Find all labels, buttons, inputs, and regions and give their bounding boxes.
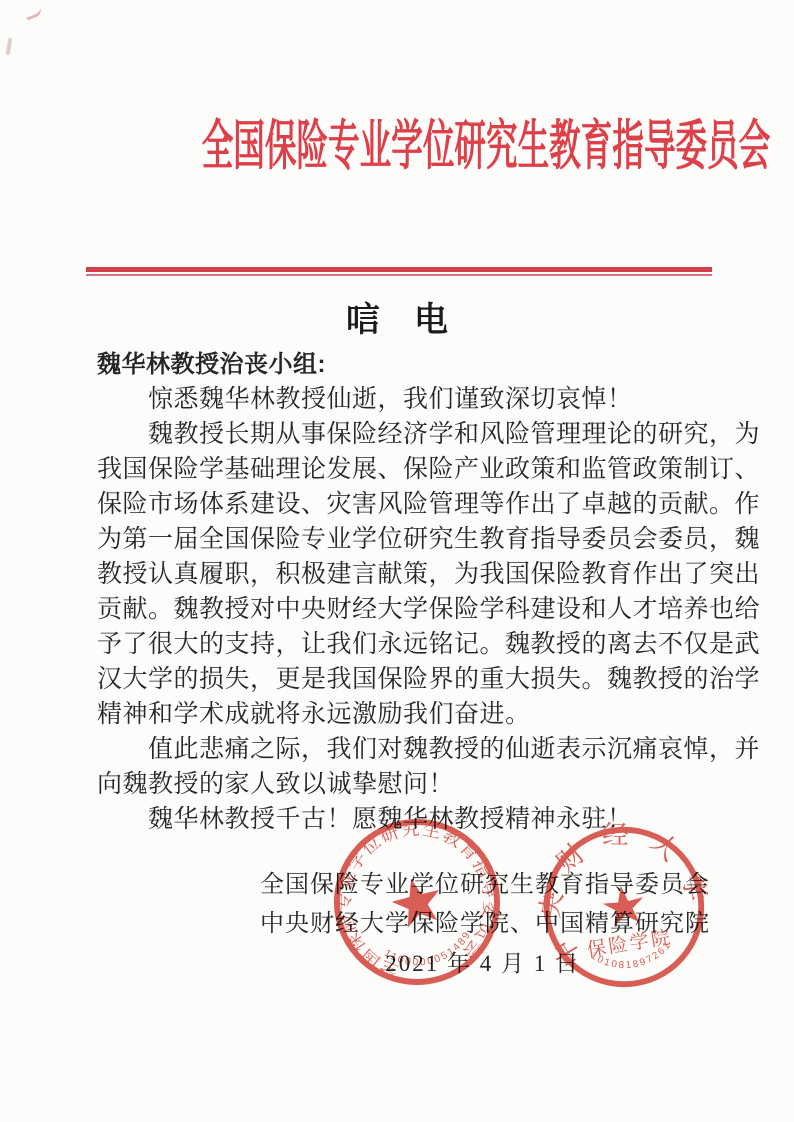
- body-line: 为第一届全国保险专业学位研究生教育指导委员会委员，魏: [97, 522, 715, 557]
- body-line: 魏教授长期从事保险经济学和风险管理理论的研究，为: [97, 417, 715, 452]
- letterhead: 全国保险专业学位研究生教育指导委员会: [0, 103, 794, 180]
- body-line: 予了很大的支持，让我们永远铭记。魏教授的离去不仅是武: [97, 627, 715, 662]
- body-line: 惊悉魏华林教授仙逝，我们谨致深切哀悼！: [97, 382, 715, 417]
- scanned-condolence-letter: 全国保险专业学位研究生教育指导委员会 唁 电 魏华林教授治丧小组: 惊悉魏华林教…: [0, 0, 794, 1122]
- divider-thin-line: [86, 274, 712, 276]
- letter-body: 魏华林教授治丧小组: 惊悉魏华林教授仙逝，我们谨致深切哀悼！ 魏教授长期从事保险…: [97, 347, 715, 837]
- body-line: 我国保险学基础理论发展、保险产业政策和监管政策制订、: [97, 452, 715, 487]
- body-line: 教授认真履职，积极建言献策，为我国保险教育作出了突出: [97, 557, 715, 592]
- official-seal-university: 中央财经大学 保险学院 101081897261: [529, 812, 719, 1002]
- star-icon: [387, 873, 446, 930]
- star-icon: [600, 882, 647, 927]
- heading-char: 电: [414, 292, 448, 341]
- document-heading: 唁 电: [0, 292, 794, 341]
- scan-artifact-mark: [22, 0, 43, 20]
- body-line: 汉大学的损失，更是我国保险界的重大损失。魏教授的治学: [97, 662, 715, 697]
- body-line: 贡献。魏教授对中央财经大学保险学科建设和人才培养也给: [97, 592, 715, 627]
- scan-artifact-mark: [6, 38, 13, 55]
- heading-char: 唁: [346, 292, 380, 341]
- organization-title: 全国保险专业学位研究生教育指导委员会: [202, 103, 771, 180]
- seal-graphic: 中央财经大学 保险学院 101081897261: [529, 812, 719, 1002]
- body-line: 向魏教授的家人致以诚挚慰问！: [97, 767, 715, 802]
- body-line: 精神和学术成就将永远激励我们奋进。: [97, 697, 715, 732]
- body-line: 保险市场体系建设、灾害风险管理等作出了卓越的贡献。作: [97, 487, 715, 522]
- body-line: 值此悲痛之际，我们对魏教授的仙逝表示沉痛哀悼，并: [97, 732, 715, 767]
- letterhead-divider: [86, 267, 712, 276]
- salutation: 魏华林教授治丧小组:: [97, 347, 715, 382]
